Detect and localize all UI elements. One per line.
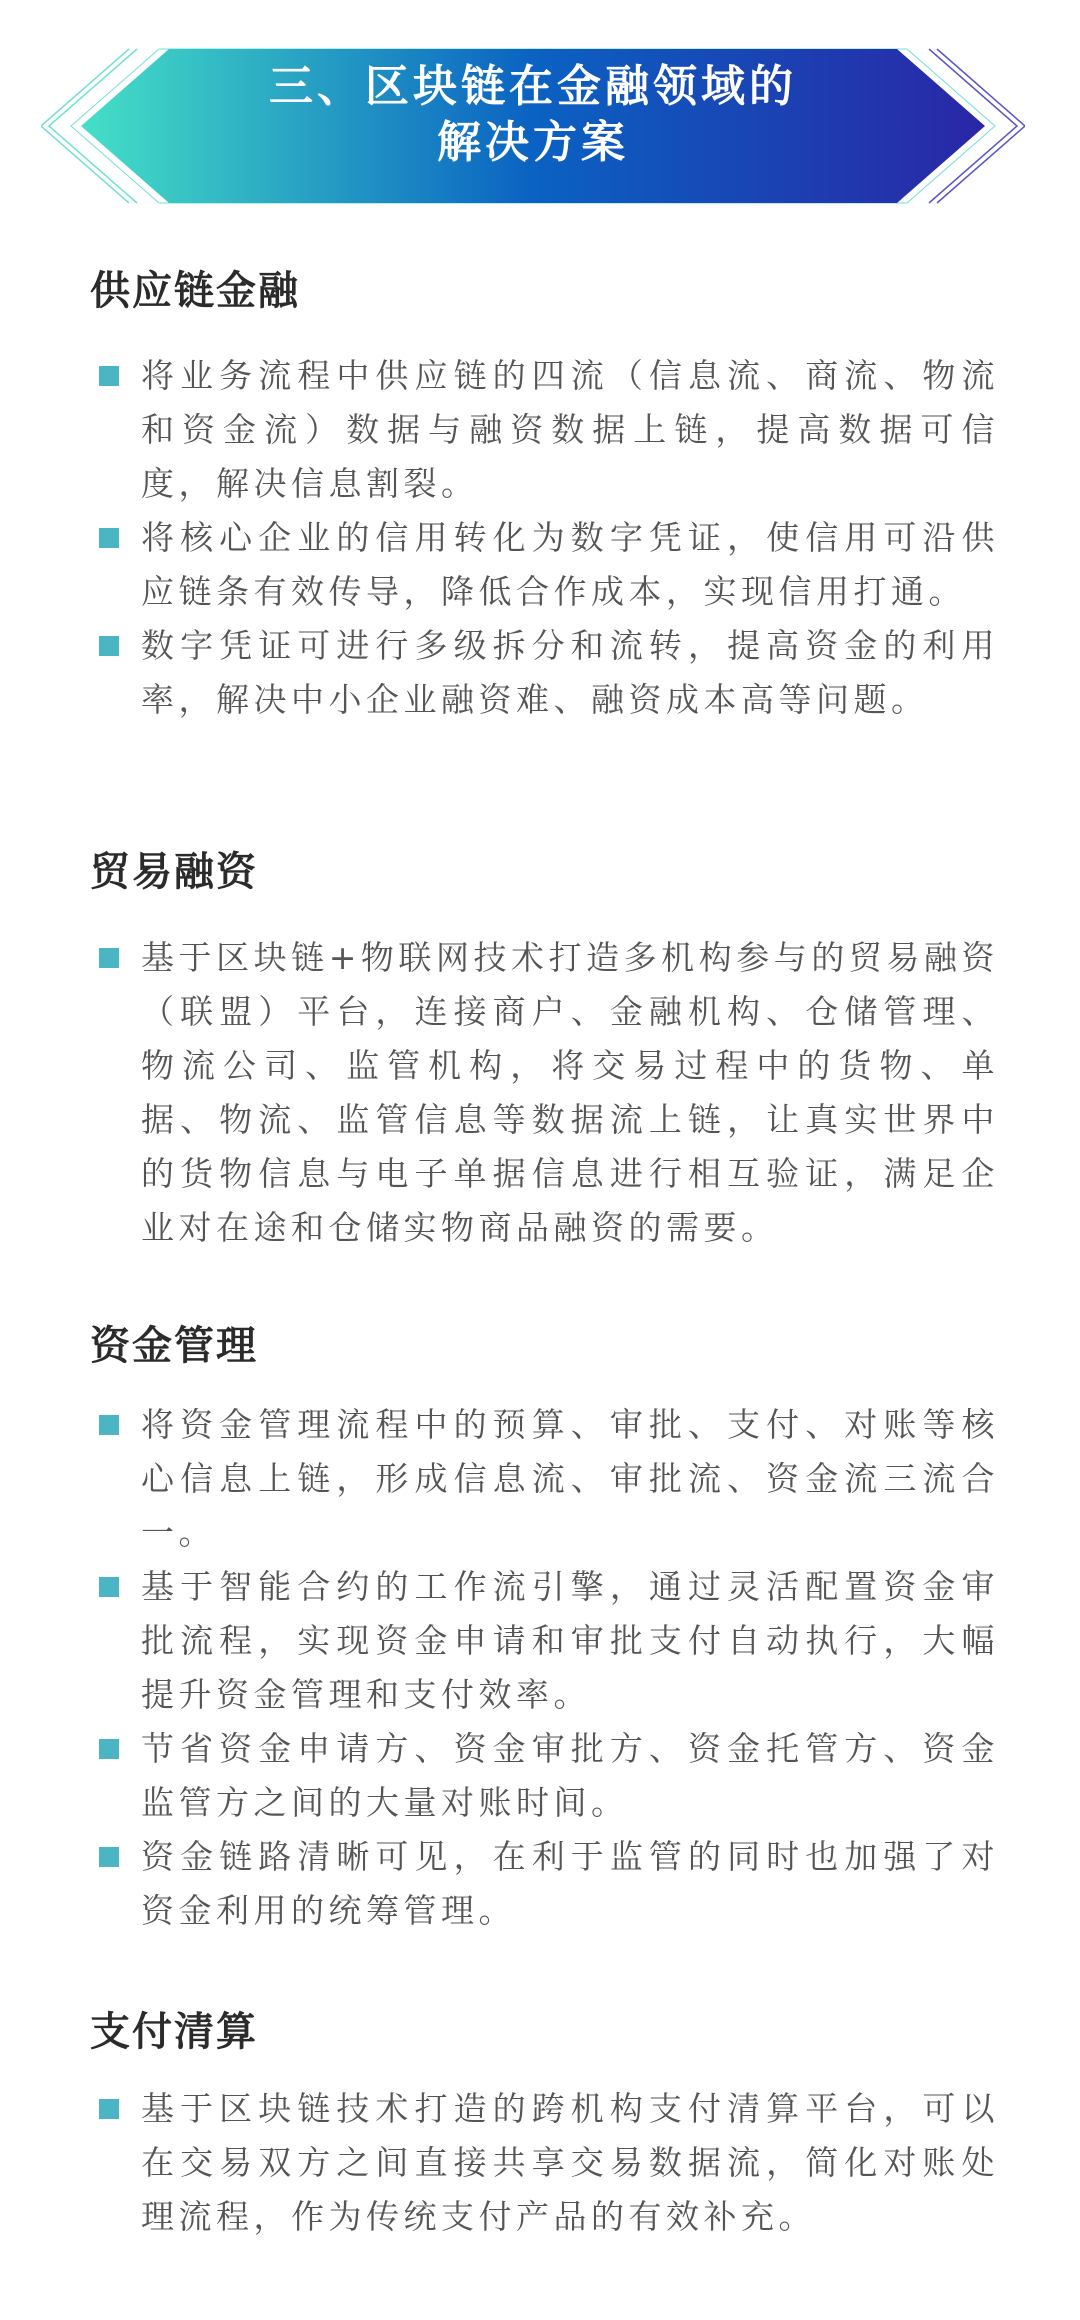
bullet-square-icon (99, 948, 119, 968)
list-item: 将核心企业的信用转化为数字凭证，使信用可沿供应链条有效传导，降低合作成本，实现信… (99, 511, 999, 619)
bullet-list-fund-management: 将资金管理流程中的预算、审批、支付、对账等核心信息上链，形成信息流、审批流、资金… (99, 1398, 999, 1938)
section-heading-trade-finance: 贸易融资 (90, 847, 258, 897)
list-item: 资金链路清晰可见，在利于监管的同时也加强了对资金利用的统筹管理。 (99, 1830, 999, 1938)
section-heading-supply-chain-finance: 供应链金融 (90, 266, 300, 316)
bullet-square-icon (99, 1739, 119, 1759)
list-item: 数字凭证可进行多级拆分和流转，提高资金的利用率，解决中小企业融资难、融资成本高等… (99, 619, 999, 727)
bullet-list-trade-finance: 基于区块链+物联网技术打造多机构参与的贸易融资（联盟）平台，连接商户、金融机构、… (99, 931, 999, 1255)
bullet-list-supply-chain-finance: 将业务流程中供应链的四流（信息流、商流、物流和资金流）数据与融资数据上链，提高数… (99, 349, 999, 727)
bullet-square-icon (99, 636, 119, 656)
title-banner: 三、区块链在金融领域的 解决方案 (41, 47, 1025, 205)
section-heading-fund-management: 资金管理 (90, 1321, 258, 1371)
list-item: 基于区块链+物联网技术打造多机构参与的贸易融资（联盟）平台，连接商户、金融机构、… (99, 931, 999, 1255)
bullet-square-icon (99, 528, 119, 548)
list-item: 基于智能合约的工作流引擎，通过灵活配置资金审批流程，实现资金申请和审批支付自动执… (99, 1560, 999, 1722)
list-item: 将资金管理流程中的预算、审批、支付、对账等核心信息上链，形成信息流、审批流、资金… (99, 1398, 999, 1560)
section-heading-payment-clearing: 支付清算 (90, 2007, 258, 2057)
bullet-square-icon (99, 1847, 119, 1867)
list-item: 基于区块链技术打造的跨机构支付清算平台，可以在交易双方之间直接共享交易数据流，简… (99, 2082, 999, 2244)
bullet-square-icon (99, 366, 119, 386)
list-item: 将业务流程中供应链的四流（信息流、商流、物流和资金流）数据与融资数据上链，提高数… (99, 349, 999, 511)
bullet-list-payment-clearing: 基于区块链技术打造的跨机构支付清算平台，可以在交易双方之间直接共享交易数据流，简… (99, 2082, 999, 2244)
list-item: 节省资金申请方、资金审批方、资金托管方、资金监管方之间的大量对账时间。 (99, 1722, 999, 1830)
bullet-square-icon (99, 1415, 119, 1435)
banner-title-line-2: 解决方案 (41, 115, 1025, 171)
banner-title-line-1: 三、区块链在金融领域的 (41, 59, 1025, 115)
bullet-square-icon (99, 2099, 119, 2119)
bullet-square-icon (99, 1577, 119, 1597)
banner-title: 三、区块链在金融领域的 解决方案 (41, 59, 1025, 171)
